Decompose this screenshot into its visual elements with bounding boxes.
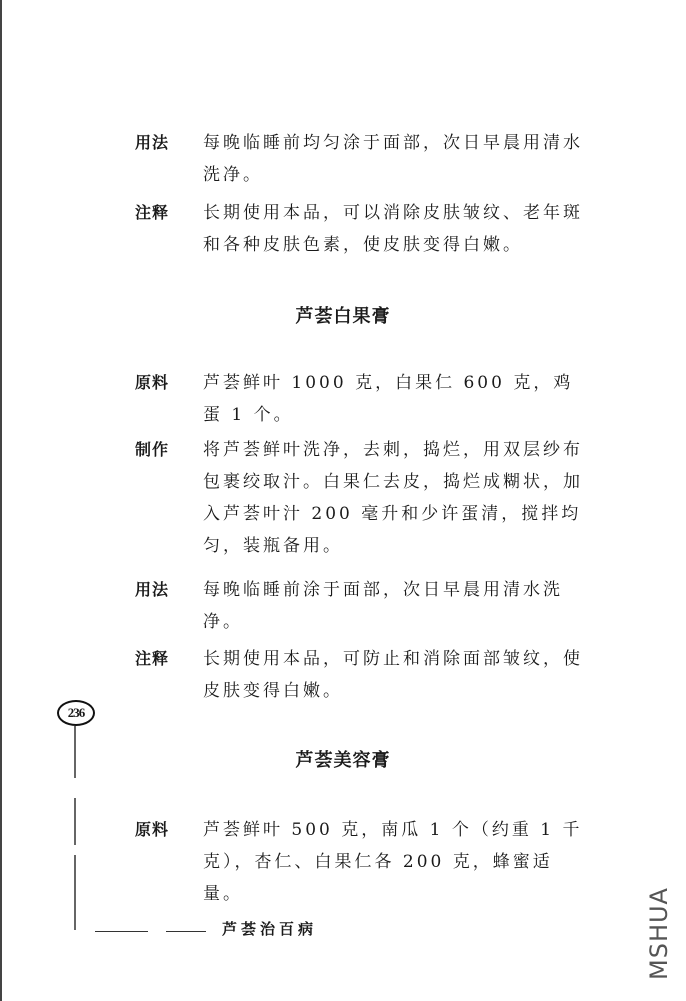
recipe-title: 芦荟美容膏 <box>0 746 686 772</box>
entry-ingredients: 原料 芦荟鲜叶 500 克，南瓜 1 个（约重 1 千克），杏仁、白果仁各 20… <box>135 814 585 910</box>
entry-text: 芦荟鲜叶 500 克，南瓜 1 个（约重 1 千克），杏仁、白果仁各 200 克… <box>203 814 585 910</box>
entry-text: 长期使用本品，可以消除皮肤皱纹、老年斑和各种皮肤色素，使皮肤变得白嫩。 <box>203 197 585 261</box>
entry-label: 注释 <box>135 197 169 229</box>
entry-text: 长期使用本品，可防止和消除面部皱纹，使皮肤变得白嫩。 <box>203 643 585 707</box>
entry-usage: 用法 每晚临睡前均匀涂于面部，次日早晨用清水洗净。 <box>135 127 585 191</box>
entry-text: 芦荟鲜叶 1000 克，白果仁 600 克，鸡蛋 1 个。 <box>203 367 585 431</box>
recipe-title: 芦荟白果膏 <box>0 302 686 328</box>
entry-note: 注释 长期使用本品，可防止和消除面部皱纹，使皮肤变得白嫩。 <box>135 643 585 707</box>
margin-rule <box>74 855 76 930</box>
entry-text: 将芦荟鲜叶洗净，去刺，捣烂，用双层纱布包裹绞取汁。白果仁去皮，捣烂成糊状，加入芦… <box>203 434 585 562</box>
entry-label: 原料 <box>135 367 169 399</box>
entry-text: 每晚临睡前涂于面部，次日早晨用清水洗净。 <box>203 574 585 638</box>
entry-label: 用法 <box>135 127 169 159</box>
entry-note: 注释 长期使用本品，可以消除皮肤皱纹、老年斑和各种皮肤色素，使皮肤变得白嫩。 <box>135 197 585 261</box>
footer-rule <box>95 931 148 932</box>
margin-rule <box>74 798 76 845</box>
page-left-edge <box>0 0 2 1001</box>
entry-preparation: 制作 将芦荟鲜叶洗净，去刺，捣烂，用双层纱布包裹绞取汁。白果仁去皮，捣烂成糊状，… <box>135 434 585 562</box>
entry-label: 注释 <box>135 643 169 675</box>
entry-label: 用法 <box>135 574 169 606</box>
entry-text: 每晚临睡前均匀涂于面部，次日早晨用清水洗净。 <box>203 127 585 191</box>
footer-rule <box>166 931 206 932</box>
page-number: 236 <box>57 700 95 726</box>
margin-rule <box>74 726 76 778</box>
entry-label: 制作 <box>135 434 169 466</box>
entry-usage: 用法 每晚临睡前涂于面部，次日早晨用清水洗净。 <box>135 574 585 638</box>
watermark: MSHUA <box>645 887 673 980</box>
book-title-footer: 芦荟治百病 <box>222 918 317 939</box>
entry-label: 原料 <box>135 814 169 846</box>
entry-ingredients: 原料 芦荟鲜叶 1000 克，白果仁 600 克，鸡蛋 1 个。 <box>135 367 585 431</box>
